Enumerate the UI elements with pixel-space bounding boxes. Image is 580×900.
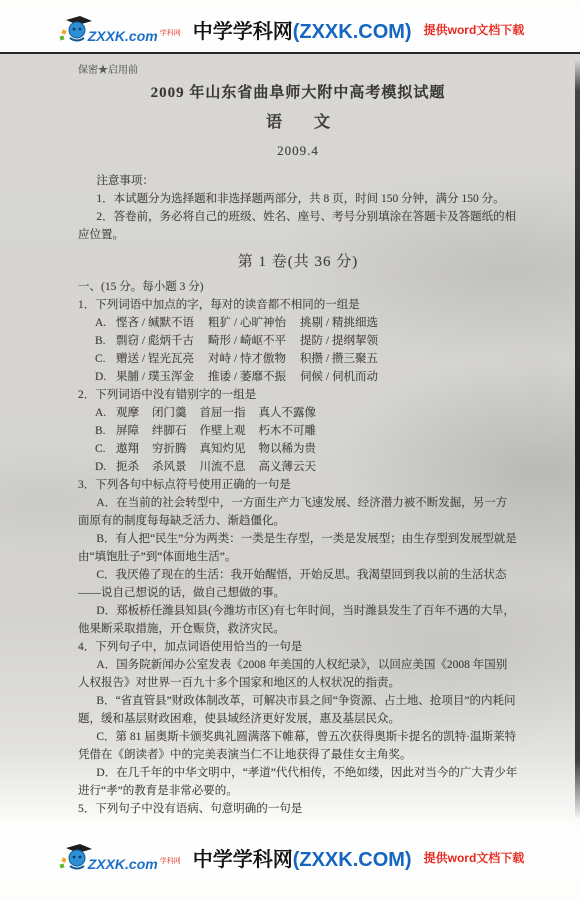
option-cell: 剽窃 / 彪炳千古 [116, 332, 208, 350]
exam-title: 2009 年山东省曲阜师大附中高考模拟试题 [78, 84, 518, 102]
section-heading: 第 1 卷(共 36 分) [78, 253, 518, 271]
option-cell: 提防 / 提纲挈领 [300, 332, 392, 350]
option-cell: 果脯 / 璞玉浑金 [116, 368, 208, 386]
option-cell: 遨翔 [116, 440, 139, 458]
option-label: C. [95, 440, 116, 458]
logo-sub-label: 学科网 [160, 856, 181, 866]
scan-edge-artifact [575, 60, 580, 820]
option-cell: 真人不露像 [259, 404, 317, 422]
logo-wordmark: ZXXK.com [88, 856, 158, 872]
option-cell: 高义薄云天 [259, 458, 317, 476]
option-cell: 朽木不可雕 [259, 422, 317, 440]
subject-title: 语 文 [78, 114, 518, 132]
logo-sub-label: 学科网 [160, 28, 181, 38]
option-cell: 赠送 / 锃光瓦亮 [116, 350, 208, 368]
question-4-option-d: D．在几千年的中华文明中，“孝道”代代相传，不绝如缕，因此对当今的广大青少年进行… [78, 764, 518, 800]
option-label: B. [95, 422, 116, 440]
option-label: A. [95, 314, 116, 332]
site-name: 中学学科网 [193, 21, 293, 43]
option-label: D. [95, 368, 116, 386]
notice-item-1: 1．本试题分为选择题和非选择题两部分，共 8 页，时间 150 分钟，满分 15… [78, 190, 518, 208]
site-domain: (ZXXK.COM) [293, 849, 412, 871]
question-3-option-c: C．我厌倦了现在的生活：我开始醒悟，开始反思。我渴望回到我以前的生活状态——说自… [78, 566, 518, 602]
part-heading: 一、(15 分。每小题 3 分) [78, 278, 518, 296]
option-cell: 绊脚石 [152, 422, 187, 440]
option-cell: 观摩 [116, 404, 139, 422]
option-label: C. [95, 350, 116, 368]
option-cell: 推诿 / 萎靡不振 [208, 368, 300, 386]
option-cell: 闭门羹 [152, 404, 187, 422]
question-3-stem: 3．下列各句中标点符号使用正确的一句是 [78, 476, 518, 494]
question-2-option-b: B. 屏障 绊脚石 作壁上观 朽木不可雕 [78, 422, 518, 440]
site-title: 中学学科网(ZXXK.COM) [193, 15, 412, 44]
question-1-stem: 1．下列词语中加点的字，每对的读音都不相同的一组是 [78, 296, 518, 314]
question-3-option-a: A．在当前的社会转型中，一方面生产力飞速发展、经济潜力被不断发掘，另一方面原有的… [78, 494, 518, 530]
notice-item-2: 2．答卷前，务必将自己的班级、姓名、座号、考号分别填涂在答题卡及答题纸的相应位置… [78, 208, 518, 244]
header-banner: ZXXK.com 学科网 中学学科网(ZXXK.COM) 提供word文档下载 [0, 8, 580, 50]
question-1-option-c: C. 赠送 / 锃光瓦亮 对峙 / 恃才傲物 积攒 / 攒三聚五 [78, 350, 518, 368]
document-body: 保密★启用前 2009 年山东省曲阜师大附中高考模拟试题 语 文 2009.4 … [78, 62, 518, 850]
question-2-option-a: A. 观摩 闭门羹 首屈一指 真人不露像 [78, 404, 518, 422]
option-label: A. [95, 404, 116, 422]
question-3-option-b: B．有人把“民生”分为两类：一类是生存型，一类是发展型；由生存型到发展型就是由“… [78, 530, 518, 566]
option-cell: 悭吝 / 缄默不语 [116, 314, 208, 332]
question-3-option-d: D．郑板桥任潍县知县(今潍坊市区)有七年时间，当时潍县发生了百年不遇的大旱，他果… [78, 602, 518, 638]
option-cell: 屏障 [116, 422, 139, 440]
site-domain: (ZXXK.COM) [293, 21, 412, 43]
download-tagline: 提供word文档下载 [424, 849, 525, 866]
question-2-option-c: C. 遨翔 穷折腾 真知灼见 物以稀为贵 [78, 440, 518, 458]
exam-date: 2009.4 [78, 142, 518, 160]
question-4-option-c: C．第 81 届奥斯卡颁奖典礼圆满落下帷幕，曾五次获得奥斯卡提名的凯特·温斯莱特… [78, 728, 518, 764]
option-cell: 杀风景 [152, 458, 187, 476]
zxxk-logo: ZXXK.com 学科网 [56, 842, 181, 872]
question-2-stem: 2．下列词语中没有错别字的一组是 [78, 386, 518, 404]
option-cell: 挑剔 / 精挑细选 [300, 314, 392, 332]
question-5-stem: 5．下列句子中没有语病、句意明确的一句是 [78, 800, 518, 818]
download-tagline: 提供word文档下载 [424, 21, 525, 38]
security-note: 保密★启用前 [78, 62, 518, 80]
question-4-option-a: A．国务院新闻办公室发表《2008 年美国的人权纪录》，以回应美国《2008 年… [78, 656, 518, 692]
logo-wordmark: ZXXK.com [88, 28, 158, 44]
option-cell: 畸形 / 崎岖不平 [208, 332, 300, 350]
option-cell: 真知灼见 [200, 440, 246, 458]
option-label: B. [95, 332, 116, 350]
option-cell: 伺候 / 伺机而动 [300, 368, 392, 386]
option-cell: 积攒 / 攒三聚五 [300, 350, 392, 368]
question-1-option-d: D. 果脯 / 璞玉浑金 推诿 / 萎靡不振 伺候 / 伺机而动 [78, 368, 518, 386]
question-4-option-b: B．“省直管县”财政体制改革，可解决市县之间“争资源、占土地、抢项目”的内耗问题… [78, 692, 518, 728]
footer-banner: ZXXK.com 学科网 中学学科网(ZXXK.COM) 提供word文档下载 [0, 836, 580, 878]
option-cell: 对峙 / 恃才傲物 [208, 350, 300, 368]
option-cell: 首屈一指 [200, 404, 246, 422]
option-cell: 物以稀为贵 [259, 440, 317, 458]
option-cell: 粗犷 / 心旷神怡 [208, 314, 300, 332]
question-4-stem: 4．下列句子中，加点词语使用恰当的一句是 [78, 638, 518, 656]
scanned-page: 保密★启用前 2009 年山东省曲阜师大附中高考模拟试题 语 文 2009.4 … [0, 54, 580, 826]
question-2-option-d: D. 扼杀 杀风景 川流不息 高义薄云天 [78, 458, 518, 476]
option-cell: 作壁上观 [200, 422, 246, 440]
site-name: 中学学科网 [193, 849, 293, 871]
notice-heading: 注意事项： [78, 172, 518, 190]
option-label: D. [95, 458, 116, 476]
site-title: 中学学科网(ZXXK.COM) [193, 843, 412, 872]
question-1-option-a: A. 悭吝 / 缄默不语 粗犷 / 心旷神怡 挑剔 / 精挑细选 [78, 314, 518, 332]
option-cell: 扼杀 [116, 458, 139, 476]
question-1-option-b: B. 剽窃 / 彪炳千古 畸形 / 崎岖不平 提防 / 提纲挈领 [78, 332, 518, 350]
zxxk-logo: ZXXK.com 学科网 [56, 14, 181, 44]
option-cell: 穷折腾 [152, 440, 187, 458]
option-cell: 川流不息 [200, 458, 246, 476]
